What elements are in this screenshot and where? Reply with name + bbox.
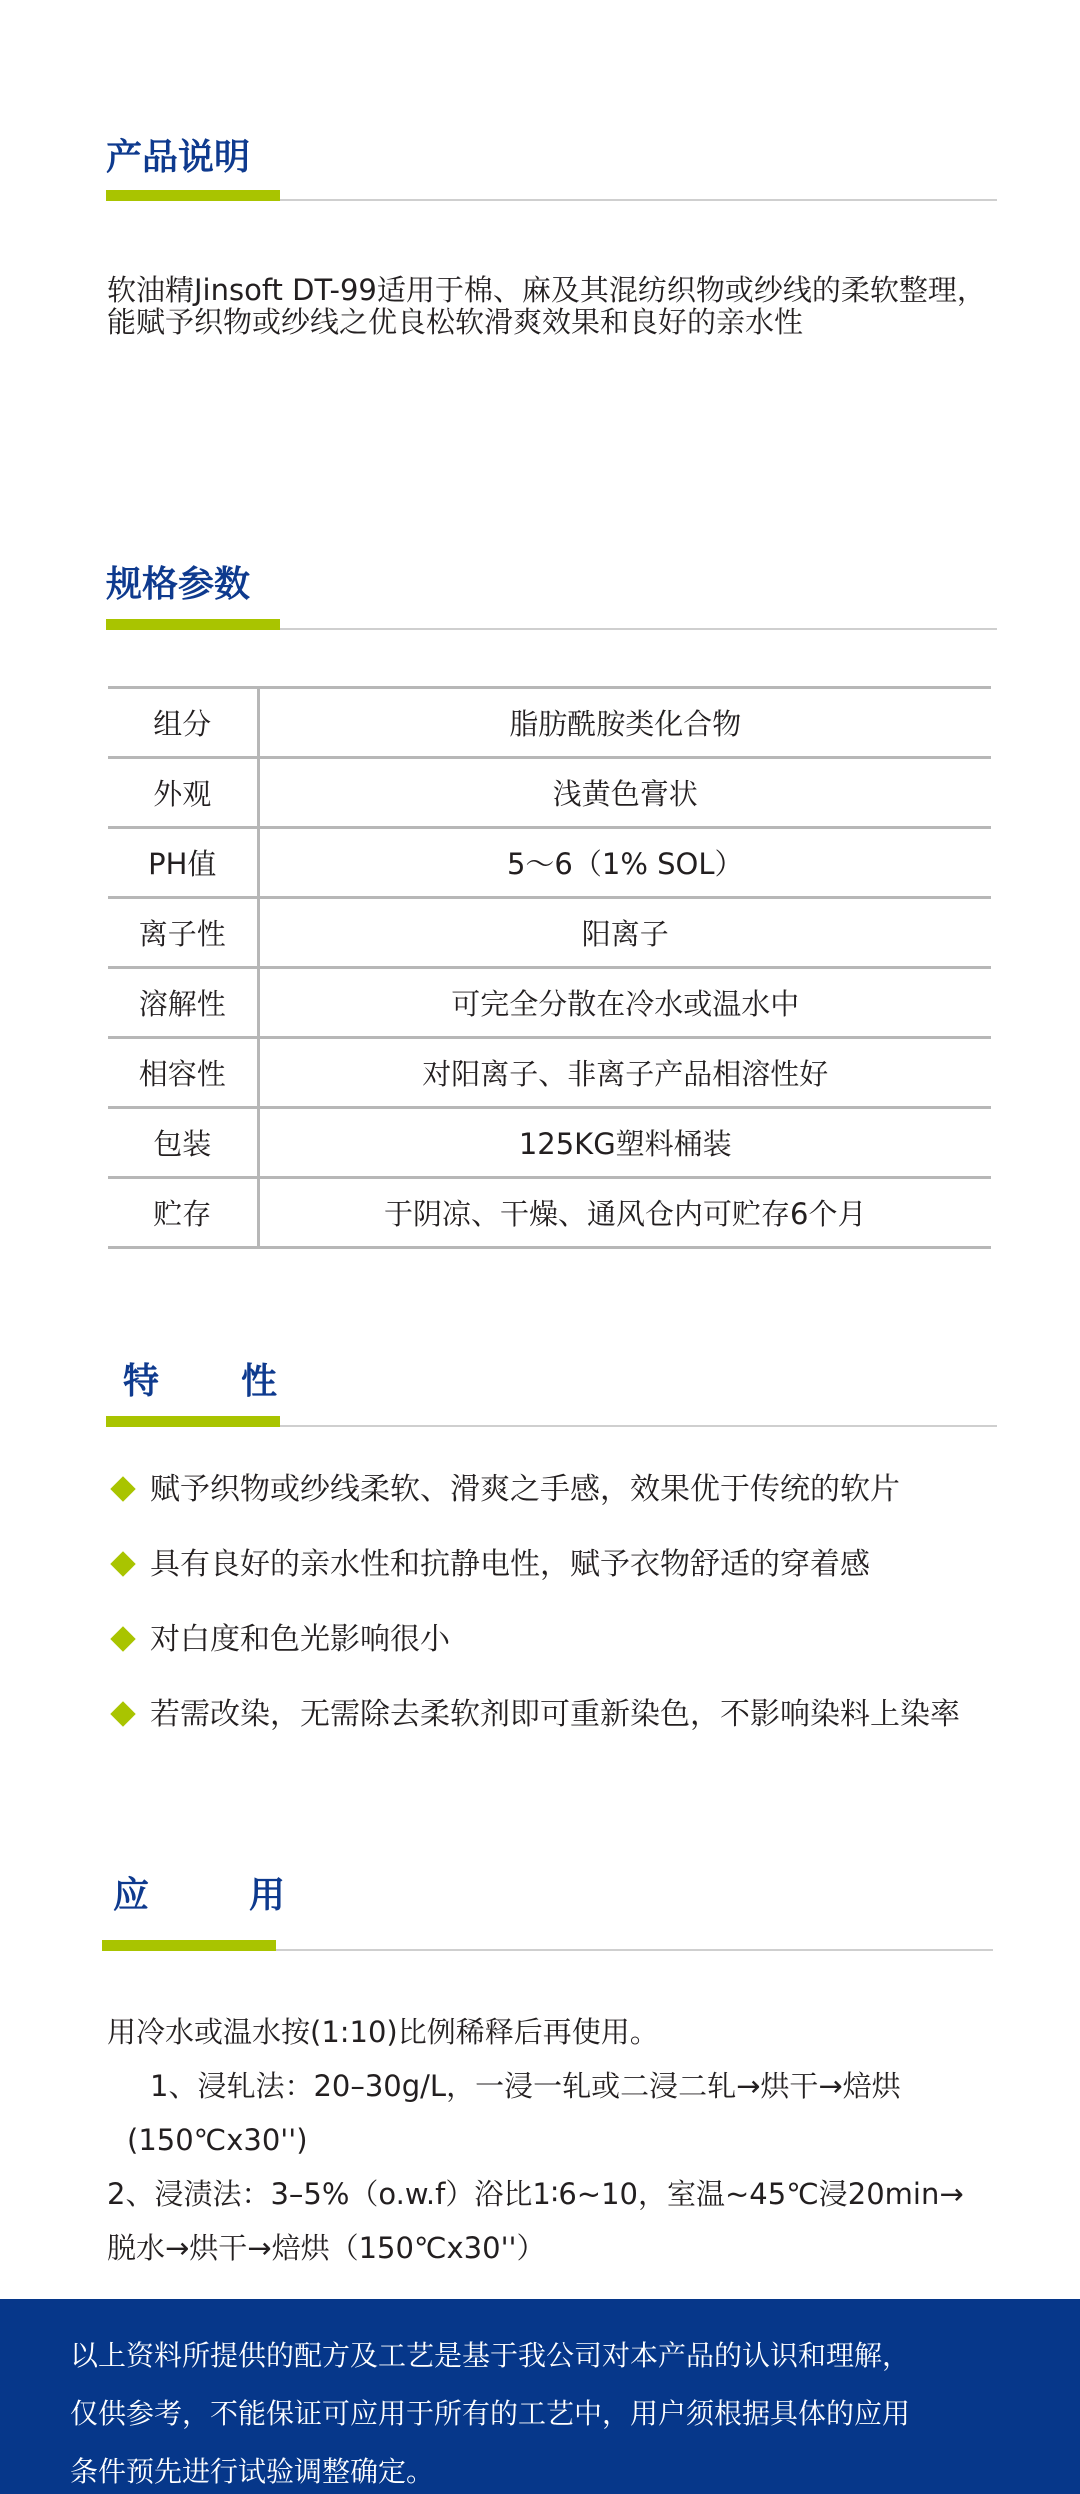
section-title-char: 用 [249,1875,285,1916]
list-item: 赋予织物或纱线柔软、滑爽之手感，效果优于传统的软片 [112,1468,1080,1543]
table-row: 溶解性 可完全分散在冷水或温水中 [108,968,991,1038]
table-row: 包装 125KG塑料桶装 [108,1108,991,1178]
spec-key: 相容性 [108,1038,258,1108]
application-line: 1、浸轧法：20–30g/L，一浸一轧或二浸二轧→烘干→焙烘 [107,2064,1047,2118]
list-item: 若需改染，无需除去柔软剂即可重新染色，不影响染料上染率 [112,1693,1080,1768]
diamond-bullet-icon [110,1701,135,1726]
spec-table: 组分 脂肪酰胺类化合物 外观 浅黄色膏状 PH值 5～6（1% SOL） 离子性… [108,686,991,1249]
feature-text: 若需改染，无需除去柔软剂即可重新染色，不影响染料上染率 [150,1697,960,1732]
title-underline-accent [106,1416,280,1427]
section-title-features: 特性 [123,1362,277,1402]
spec-value: 可完全分散在冷水或温水中 [258,968,991,1038]
spec-value: 5～6（1% SOL） [258,828,991,898]
title-underline-rule [280,1425,997,1427]
title-underline [106,190,997,202]
table-row: 外观 浅黄色膏状 [108,758,991,828]
title-underline-rule [276,1949,993,1951]
application-line: 脱水→烘干→焙烘（150℃x30''） [107,2226,1047,2280]
table-row: 贮存 于阴凉、干燥、通风仓内可贮存6个月 [108,1178,991,1248]
table-row: 相容性 对阳离子、非离子产品相溶性好 [108,1038,991,1108]
spec-key: 组分 [108,688,258,758]
feature-text: 赋予织物或纱线柔软、滑爽之手感，效果优于传统的软片 [150,1472,900,1507]
spec-value: 浅黄色膏状 [258,758,991,828]
title-underline [106,619,997,631]
spec-value: 脂肪酰胺类化合物 [258,688,991,758]
disclaimer-line: 仅供参考，不能保证可应用于所有的工艺中，用户须根据具体的应用 [70,2385,1080,2443]
title-underline-rule [280,199,997,201]
title-underline-accent [106,190,280,201]
spec-key: 包装 [108,1108,258,1178]
section-title-char: 应 [113,1875,149,1916]
disclaimer-line: 以上资料所提供的配方及工艺是基于我公司对本产品的认识和理解， [70,2327,1080,2385]
application-line: (150℃x30'') [107,2118,1047,2172]
diamond-bullet-icon [110,1551,135,1576]
spec-value: 125KG塑料桶装 [258,1108,991,1178]
section-title-char: 性 [241,1361,277,1402]
section-title-specs: 规格参数 [106,565,250,605]
spec-key: 溶解性 [108,968,258,1038]
title-underline-rule [280,628,997,630]
spec-key: 贮存 [108,1178,258,1248]
application-instructions: 用冷水或温水按(1:10)比例稀释后再使用。 1、浸轧法：20–30g/L，一浸… [107,2010,1047,2280]
spec-key: 离子性 [108,898,258,968]
feature-text: 对白度和色光影响很小 [150,1622,450,1657]
diamond-bullet-icon [110,1476,135,1501]
diamond-bullet-icon [110,1626,135,1651]
spec-value: 对阳离子、非离子产品相溶性好 [258,1038,991,1108]
title-underline [106,1416,997,1428]
disclaimer-banner: 以上资料所提供的配方及工艺是基于我公司对本产品的认识和理解， 仅供参考，不能保证… [0,2299,1080,2494]
spec-key: PH值 [108,828,258,898]
section-title-char: 特 [123,1361,159,1402]
disclaimer-line: 条件预先进行试验调整确定。 [70,2443,1080,2494]
list-item: 对白度和色光影响很小 [112,1618,1080,1693]
feature-text: 具有良好的亲水性和抗静电性，赋予衣物舒适的穿着感 [150,1547,870,1582]
features-list: 赋予织物或纱线柔软、滑爽之手感，效果优于传统的软片 具有良好的亲水性和抗静电性，… [112,1468,1080,1768]
section-title-description: 产品说明 [106,138,250,178]
title-underline-accent [106,619,280,630]
spec-key: 外观 [108,758,258,828]
table-row: PH值 5～6（1% SOL） [108,828,991,898]
application-line: 用冷水或温水按(1:10)比例稀释后再使用。 [107,2010,1047,2064]
list-item: 具有良好的亲水性和抗静电性，赋予衣物舒适的穿着感 [112,1543,1080,1618]
table-row: 组分 脂肪酰胺类化合物 [108,688,991,758]
section-title-application: 应用 [113,1876,285,1916]
spec-value: 阳离子 [258,898,991,968]
application-line: 2、浸渍法：3–5%（o.w.f）浴比1∶6~10，室温~45℃浸20min→ [107,2172,1047,2226]
title-underline-accent [102,1940,276,1951]
spec-value: 于阴凉、干燥、通风仓内可贮存6个月 [258,1178,991,1248]
title-underline [102,1940,993,1952]
product-description: 软油精Jinsoft DT-99适用于棉、麻及其混纺织物或纱线的柔软整理，能赋予… [107,274,1002,338]
table-row: 离子性 阳离子 [108,898,991,968]
